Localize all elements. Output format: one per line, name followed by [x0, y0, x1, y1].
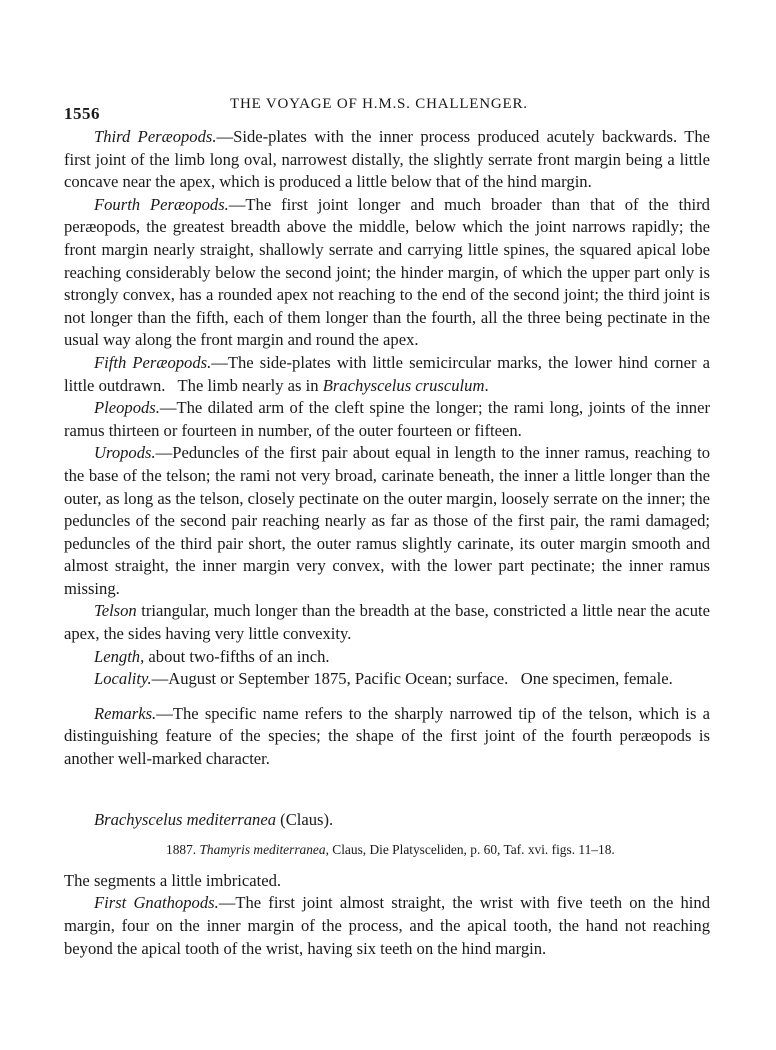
- paragraph-pleopods: Pleopods.—The dilated arm of the cleft s…: [64, 397, 710, 442]
- running-title: THE VOYAGE OF H.M.S. CHALLENGER.: [230, 96, 528, 113]
- species-name: Brachyscelus mediterranea: [94, 810, 276, 829]
- paragraph-text: The segments a little imbricated.: [64, 871, 281, 890]
- separator: —: [219, 893, 236, 912]
- paragraph-text: triangular, much longer than the breadth…: [64, 601, 710, 643]
- paragraph-remarks: Remarks.—The specific name refers to the…: [64, 703, 710, 771]
- paragraph-third-peraeopods: Third Peræopods.—Side-plates with the in…: [64, 126, 710, 194]
- synonym-year: 1887.: [166, 842, 199, 857]
- paragraph-first-gnathopods: First Gnathopods.—The first joint almost…: [64, 892, 710, 960]
- paragraph-fifth-peraeopods: Fifth Peræopods.—The side-plates with li…: [64, 352, 710, 397]
- separator: —: [217, 127, 234, 146]
- separator: —: [160, 398, 177, 417]
- page-header: 1556 THE VOYAGE OF H.M.S. CHALLENGER.: [64, 96, 710, 120]
- spacer: [64, 691, 710, 703]
- paragraph-uropods: Uropods.—Peduncles of the first pair abo…: [64, 442, 710, 600]
- paragraph-lead: Fourth Peræopods.: [94, 195, 229, 214]
- paragraph-lead: Length,: [94, 647, 144, 666]
- paragraph-text: Peduncles of the first pair about equal …: [64, 443, 710, 598]
- body-text: Third Peræopods.—Side-plates with the in…: [64, 126, 710, 960]
- paragraph-text: about two-fifths of an inch.: [148, 647, 329, 666]
- separator: —: [156, 443, 173, 462]
- paragraph-lead: Telson: [94, 601, 137, 620]
- species-heading: Brachyscelus mediterranea (Claus).: [64, 809, 710, 832]
- paragraph-locality: Locality.—August or September 1875, Paci…: [64, 668, 710, 691]
- spacer: [64, 771, 710, 809]
- paragraph-lead: Uropods.: [94, 443, 156, 462]
- paragraph-length: Length, about two-fifths of an inch.: [64, 646, 710, 669]
- paragraph-lead: Locality.: [94, 669, 152, 688]
- paragraph-lead: Third Peræopods.: [94, 127, 217, 146]
- separator: —: [152, 669, 169, 688]
- paragraph-fourth-peraeopods: Fourth Peræopods.—The first joint longer…: [64, 194, 710, 352]
- paragraph-lead: Pleopods.: [94, 398, 160, 417]
- separator: —: [229, 195, 246, 214]
- separator: —: [156, 704, 173, 723]
- species-authority: (Claus).: [276, 810, 333, 829]
- synonymy-entry: 1887. Thamyris mediterranea, Claus, Die …: [64, 839, 710, 862]
- paragraph-text: August or September 1875, Pacific Ocean;…: [168, 669, 673, 688]
- synonym-name: Thamyris mediterranea: [199, 842, 325, 857]
- paragraph-segments: The segments a little imbricated.: [64, 870, 710, 893]
- paragraph-lead: Fifth Peræopods.: [94, 353, 211, 372]
- paragraph-tail: .: [484, 376, 488, 395]
- page-number: 1556: [64, 104, 100, 124]
- paragraph-text: The first joint longer and much broader …: [64, 195, 710, 350]
- species-reference: Brachyscelus crusculum: [323, 376, 485, 395]
- separator: —: [211, 353, 228, 372]
- paragraph-telson: Telson triangular, much longer than the …: [64, 600, 710, 645]
- paragraph-lead: Remarks.: [94, 704, 156, 723]
- paragraph-lead: First Gnathopods.: [94, 893, 219, 912]
- synonym-reference: , Claus, Die Platysceliden, p. 60, Taf. …: [326, 842, 615, 857]
